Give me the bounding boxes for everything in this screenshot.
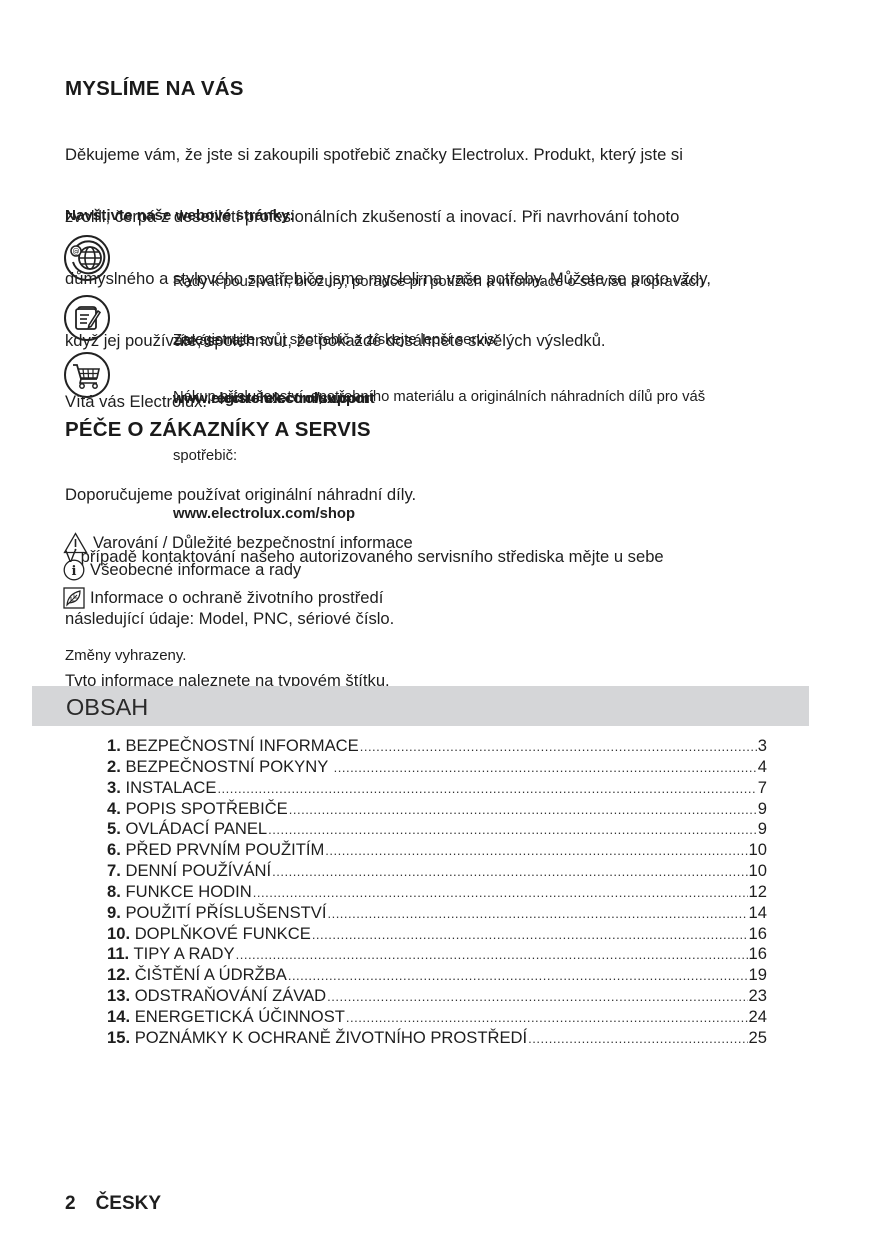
toc-entry-label: BEZPEČNOSTNÍ POKYNY — [121, 757, 333, 778]
globe-at-icon: @ — [63, 234, 111, 282]
svg-text:@: @ — [73, 248, 80, 256]
toc-entry-page: 19 — [749, 965, 767, 986]
toc-leader-dots: ........................................… — [327, 987, 747, 1008]
toc-entry[interactable]: 11. TIPY A RADY.........................… — [107, 944, 767, 965]
toc-leader-dots: ........................................… — [253, 883, 748, 904]
legend-text: Varování / Důležité bezpečnostní informa… — [93, 533, 413, 553]
toc-leader-dots: ........................................… — [346, 1008, 748, 1029]
toc-leader-dots: ........................................… — [289, 800, 757, 821]
toc-leader-dots: ........................................… — [288, 966, 748, 987]
toc-entry-number: 8. — [107, 882, 121, 903]
toc-entry[interactable]: 15. POZNÁMKY K OCHRANĚ ŽIVOTNÍHO PROSTŘE… — [107, 1028, 767, 1049]
section-title-myslime-na-vas: MYSLÍME NA VÁS — [65, 77, 244, 101]
legend-text: Všeobecné informace a rady — [90, 560, 301, 580]
toc-leader-dots: ........................................… — [217, 779, 756, 800]
toc-leader-dots: ........................................… — [528, 1029, 747, 1050]
section-title-pece-o-zakazniky: PÉČE O ZÁKAZNÍKY A SERVIS — [65, 418, 371, 442]
toc-entry-label: DENNÍ POUŽÍVÁNÍ — [121, 861, 271, 882]
toc-entry-number: 11. — [107, 944, 129, 965]
shopping-cart-icon — [63, 351, 111, 399]
toc-leader-dots: ........................................… — [327, 904, 747, 925]
table-of-contents: 1. BEZPEČNOSTNÍ INFORMACE...............… — [107, 736, 767, 1049]
toc-leader-dots: ........................................… — [272, 862, 747, 883]
register-document-icon — [63, 294, 111, 342]
toc-entry-page: 9 — [758, 799, 767, 820]
toc-entry-page: 10 — [749, 840, 767, 861]
toc-entry[interactable]: 7. DENNÍ POUŽÍVÁNÍ......................… — [107, 861, 767, 882]
toc-entry-label: POUŽITÍ PŘÍSLUŠENSTVÍ — [121, 903, 327, 924]
toc-entry-page: 3 — [758, 736, 767, 757]
toc-entry-number: 1. — [107, 736, 121, 757]
toc-leader-dots: ........................................… — [268, 820, 757, 841]
toc-entry[interactable]: 9. POUŽITÍ PŘÍSLUŠENSTVÍ................… — [107, 903, 767, 924]
intro-line: Děkujeme vám, že jste si zakoupili spotř… — [65, 145, 711, 166]
toc-entry[interactable]: 3. INSTALACE............................… — [107, 778, 767, 799]
toc-entry-number: 6. — [107, 840, 121, 861]
toc-entry[interactable]: 1. BEZPEČNOSTNÍ INFORMACE...............… — [107, 736, 767, 757]
legend-info: i Všeobecné informace a rady — [63, 559, 301, 581]
legend-environment: Informace o ochraně životního prostředí — [63, 587, 383, 609]
toc-entry-label: POZNÁMKY K OCHRANĚ ŽIVOTNÍHO PROSTŘEDÍ — [130, 1028, 527, 1049]
toc-entry-number: 13. — [107, 986, 130, 1007]
toc-entry[interactable]: 10. DOPLŇKOVÉ FUNKCE....................… — [107, 924, 767, 945]
toc-title: OBSAH — [66, 694, 148, 721]
web-item-text: Zaregistrujte svůj spotřebič a získejte … — [173, 331, 499, 351]
toc-entry-page: 16 — [749, 924, 767, 945]
toc-entry-page: 14 — [749, 903, 767, 924]
toc-entry-label: INSTALACE — [121, 778, 217, 799]
toc-leader-dots: ........................................… — [236, 945, 748, 966]
toc-leader-dots: ........................................… — [334, 758, 757, 779]
toc-entry[interactable]: 5. OVLÁDACÍ PANEL.......................… — [107, 819, 767, 840]
toc-entry[interactable]: 2. BEZPEČNOSTNÍ POKYNY .................… — [107, 757, 767, 778]
toc-entry[interactable]: 6. PŘED PRVNÍM POUŽITÍM.................… — [107, 840, 767, 861]
toc-leader-dots: ........................................… — [312, 925, 748, 946]
toc-entry-number: 5. — [107, 819, 121, 840]
legend-warning: Varování / Důležité bezpečnostní informa… — [63, 532, 413, 554]
toc-entry-page: 23 — [749, 986, 767, 1007]
toc-header-band: OBSAH — [32, 686, 809, 726]
toc-entry-label: ČIŠTĚNÍ A ÚDRŽBA — [130, 965, 287, 986]
toc-entry-number: 3. — [107, 778, 121, 799]
toc-entry-number: 9. — [107, 903, 121, 924]
toc-entry-page: 16 — [749, 944, 767, 965]
toc-entry-number: 2. — [107, 757, 121, 778]
legend-text: Informace o ochraně životního prostředí — [90, 588, 383, 608]
toc-entry-label: ENERGETICKÁ ÚČINNOST — [130, 1007, 345, 1028]
toc-entry[interactable]: 13. ODSTRAŇOVÁNÍ ZÁVAD..................… — [107, 986, 767, 1007]
toc-entry-page: 4 — [758, 757, 767, 778]
toc-entry-number: 12. — [107, 965, 130, 986]
toc-leader-dots: ........................................… — [325, 841, 747, 862]
toc-entry-label: PŘED PRVNÍM POUŽITÍM — [121, 840, 324, 861]
toc-entry-label: FUNKCE HODIN — [121, 882, 252, 903]
toc-entry-label: ODSTRAŇOVÁNÍ ZÁVAD — [130, 986, 326, 1007]
toc-entry-page: 24 — [749, 1007, 767, 1028]
web-item-text: Nákup příslušenství, spotřebního materiá… — [173, 388, 705, 408]
toc-entry-label: DOPLŇKOVÉ FUNKCE — [130, 924, 311, 945]
warning-triangle-icon — [63, 532, 88, 554]
toc-entry[interactable]: 8. FUNKCE HODIN.........................… — [107, 882, 767, 903]
toc-entry-label: BEZPEČNOSTNÍ INFORMACE — [121, 736, 359, 757]
toc-entry-label: TIPY A RADY — [129, 944, 234, 965]
toc-entry[interactable]: 4. POPIS SPOTŘEBIČE.....................… — [107, 799, 767, 820]
toc-entry-label: POPIS SPOTŘEBIČE — [121, 799, 288, 820]
page-number: 2 — [65, 1193, 76, 1214]
language-label: ČESKY — [96, 1193, 161, 1214]
svg-text:i: i — [72, 564, 77, 579]
leaf-environment-icon — [63, 587, 85, 609]
toc-entry-number: 4. — [107, 799, 121, 820]
visit-website-label: Navštivte naše webové stránky: — [65, 207, 295, 224]
toc-entry-page: 7 — [758, 778, 767, 799]
info-circle-icon: i — [63, 559, 85, 581]
toc-entry-page: 25 — [749, 1028, 767, 1049]
web-item-text: Rady k používání, brožury, poradce při p… — [173, 273, 704, 293]
toc-entry-number: 10. — [107, 924, 130, 945]
changes-reserved-note: Změny vyhrazeny. — [65, 647, 186, 664]
toc-entry-number: 14. — [107, 1007, 130, 1028]
toc-entry[interactable]: 14. ENERGETICKÁ ÚČINNOST................… — [107, 1007, 767, 1028]
toc-entry-label: OVLÁDACÍ PANEL — [121, 819, 267, 840]
toc-entry-page: 9 — [758, 819, 767, 840]
toc-leader-dots: ........................................… — [360, 737, 757, 758]
page-footer: 2ČESKY — [65, 1193, 161, 1215]
toc-entry-number: 7. — [107, 861, 121, 882]
toc-entry[interactable]: 12. ČIŠTĚNÍ A ÚDRŽBA....................… — [107, 965, 767, 986]
service-line: Doporučujeme používat originální náhradn… — [65, 485, 664, 506]
service-line: následující údaje: Model, PNC, sériové č… — [65, 609, 664, 630]
toc-entry-number: 15. — [107, 1028, 130, 1049]
toc-entry-page: 12 — [749, 882, 767, 903]
toc-entry-page: 10 — [749, 861, 767, 882]
